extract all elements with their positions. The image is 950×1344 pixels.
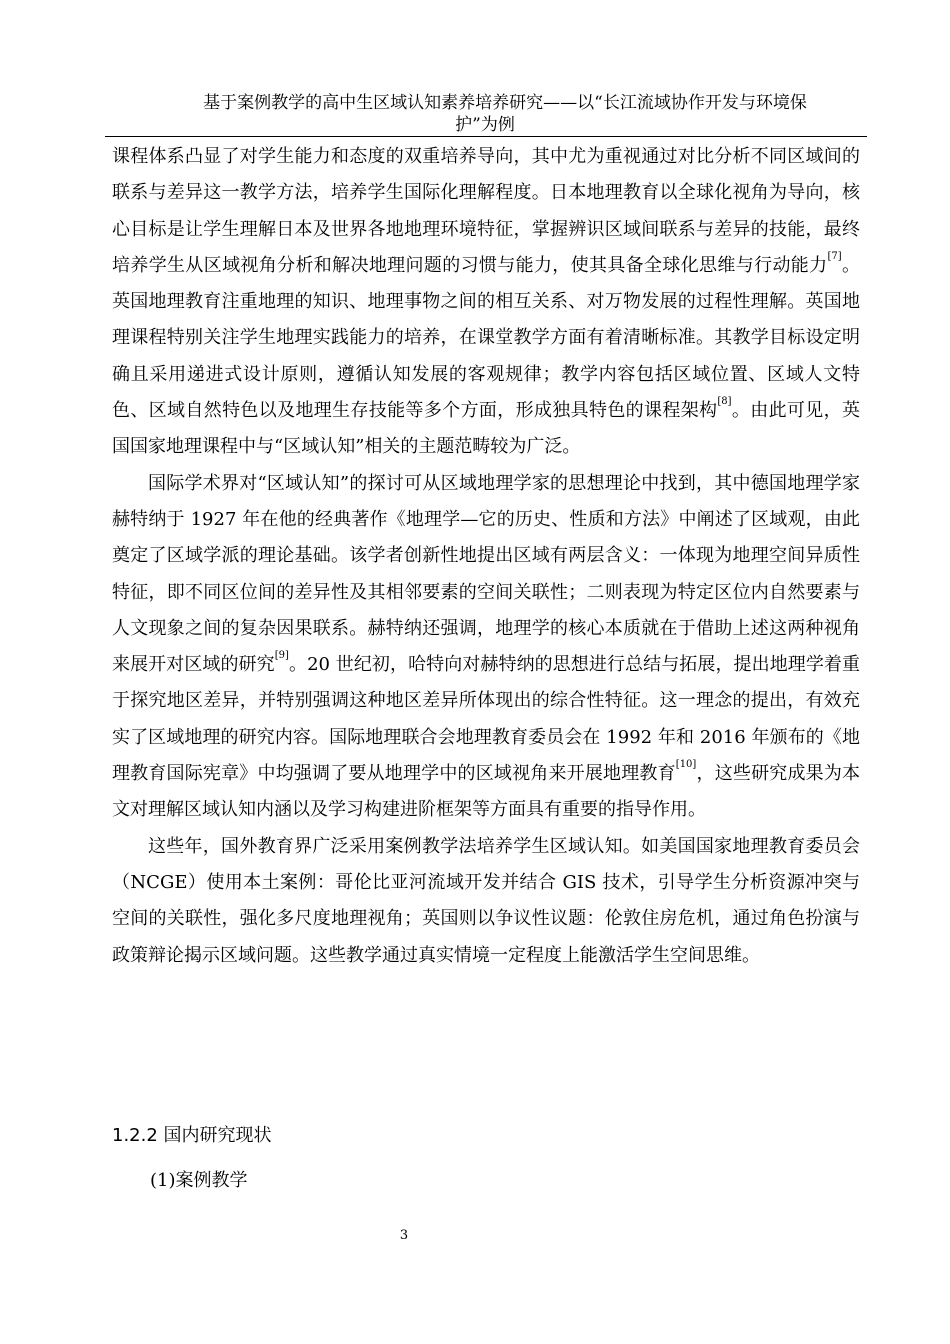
citation-7: [7]: [827, 251, 841, 262]
header-title-line1: 基于案例教学的高中生区域认知素养培养研究——以“长江流域协作开发与环境保: [105, 92, 865, 114]
paragraph-2: 国际学术界对“区域认知”的探讨可从区域地理学家的思想理论中找到，其中德国地理学家…: [112, 466, 860, 829]
citation-10: [10]: [676, 759, 697, 770]
subsection-heading: (1)案例教学: [150, 1168, 248, 1194]
header-divider: [105, 136, 867, 137]
header-title-line2: 护”为例: [455, 115, 515, 135]
running-header: 基于案例教学的高中生区域认知素养培养研究——以“长江流域协作开发与环境保 护”为…: [105, 92, 865, 136]
paragraph-1: 课程体系凸显了对学生能力和态度的双重培养导向，其中尤为重视通过对比分析不同区域间…: [112, 139, 860, 466]
paragraph-3: 这些年，国外教育界广泛采用案例教学法培养学生区域认知。如美国国家地理教育委员会（…: [112, 829, 860, 974]
citation-8: [8]: [717, 396, 731, 407]
body-text: 课程体系凸显了对学生能力和态度的双重培养导向，其中尤为重视通过对比分析不同区域间…: [112, 139, 860, 974]
paragraph-text: 这些年，国外教育界广泛采用案例教学法培养学生区域认知。如美国国家地理教育委员会（…: [112, 836, 860, 966]
paragraph-text: 课程体系凸显了对学生能力和态度的双重培养导向，其中尤为重视通过对比分析不同区域间…: [112, 146, 860, 276]
page-number: 3: [0, 1228, 808, 1243]
paragraph-text: 。英国地理教育注重地理的知识、地理事物之间的相互关系、对万物发展的过程性理解。英…: [112, 255, 860, 421]
paragraph-text: 国际学术界对“区域认知”的探讨可从区域地理学家的思想理论中找到，其中德国地理学家…: [112, 473, 860, 675]
citation-9: [9]: [275, 650, 289, 661]
section-heading: 1.2.2 国内研究现状: [112, 1123, 272, 1149]
